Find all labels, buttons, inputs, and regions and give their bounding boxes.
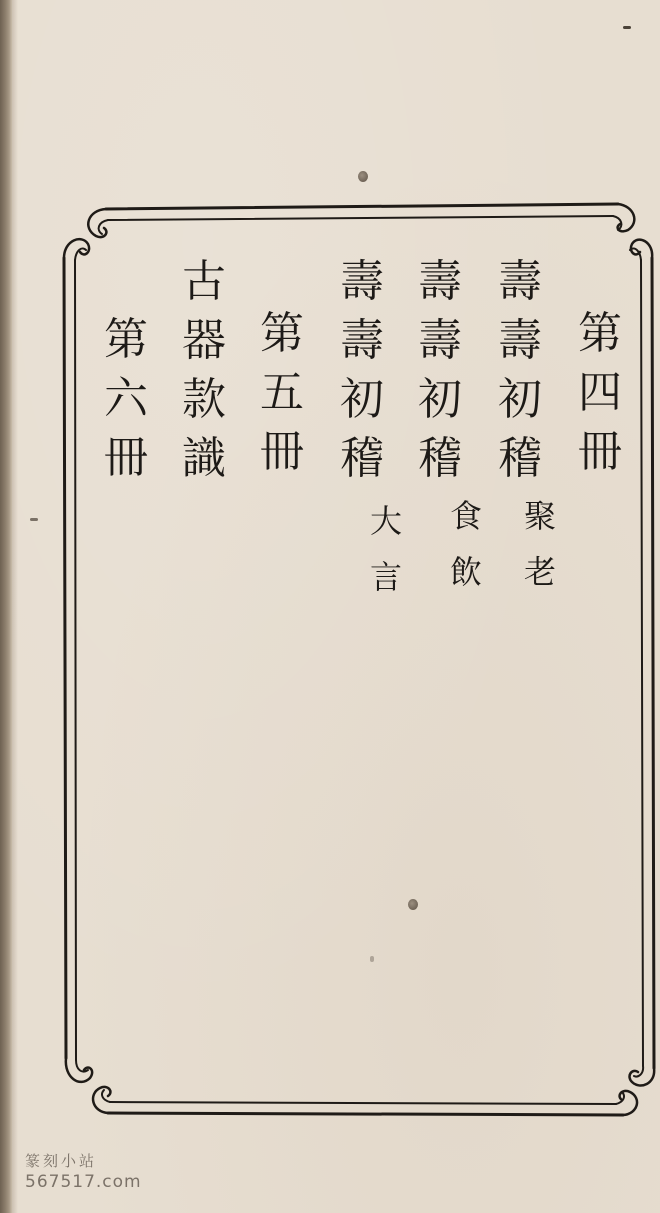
annotation-char: 飲	[446, 556, 486, 612]
char: 古	[176, 260, 232, 319]
annotation-entry-1: 聚 老	[520, 500, 560, 612]
column-entry-2: 壽 壽 初 稽	[412, 260, 468, 496]
char: 六	[98, 377, 154, 436]
char: 識	[176, 437, 232, 496]
paper-speck	[623, 26, 631, 29]
column-volume-4: 第 四 冊	[572, 312, 628, 489]
char: 冊	[98, 436, 154, 495]
paper-speck	[370, 956, 374, 962]
binding-hole-bottom	[408, 899, 418, 910]
annotation-char: 食	[446, 500, 486, 556]
char: 壽	[334, 319, 390, 378]
char: 第	[98, 318, 154, 377]
annotation-entry-2: 食 飲	[446, 500, 486, 612]
spine-shadow	[12, 0, 18, 1213]
site-watermark: 篆刻小站 567517.com	[25, 1150, 142, 1192]
char: 五	[254, 371, 310, 430]
column-volume-6: 第 六 冊	[98, 318, 154, 495]
column-entry-4: 古 器 款 識	[176, 260, 232, 496]
char: 稽	[412, 437, 468, 496]
char: 壽	[412, 319, 468, 378]
paper-speck	[30, 518, 38, 521]
annotation-entry-3: 大 言	[366, 505, 406, 617]
column-entry-3: 壽 壽 初 稽	[334, 260, 390, 496]
char: 初	[492, 378, 548, 437]
char: 四	[572, 371, 628, 430]
book-page: 第 四 冊 壽 壽 初 稽 聚 老 壽 壽 初 稽 食 飲 壽 壽 初 稽 大 …	[0, 0, 660, 1213]
watermark-url: 567517.com	[25, 1172, 142, 1192]
annotation-char: 言	[366, 561, 406, 617]
char: 冊	[254, 430, 310, 489]
char: 初	[334, 378, 390, 437]
char: 稽	[334, 437, 390, 496]
char: 第	[572, 312, 628, 371]
char: 款	[176, 378, 232, 437]
char: 器	[176, 319, 232, 378]
char: 冊	[572, 430, 628, 489]
book-spine-edge	[0, 0, 12, 1213]
binding-hole-top	[358, 171, 368, 182]
annotation-char: 大	[366, 505, 406, 561]
column-entry-1: 壽 壽 初 稽	[492, 260, 548, 496]
char: 稽	[492, 437, 548, 496]
column-volume-5: 第 五 冊	[254, 312, 310, 489]
char: 壽	[412, 260, 468, 319]
char: 壽	[334, 260, 390, 319]
annotation-char: 老	[520, 556, 560, 612]
char: 第	[254, 312, 310, 371]
char: 壽	[492, 260, 548, 319]
char: 初	[412, 378, 468, 437]
annotation-char: 聚	[520, 500, 560, 556]
char: 壽	[492, 319, 548, 378]
watermark-site-name: 篆刻小站	[25, 1150, 142, 1172]
